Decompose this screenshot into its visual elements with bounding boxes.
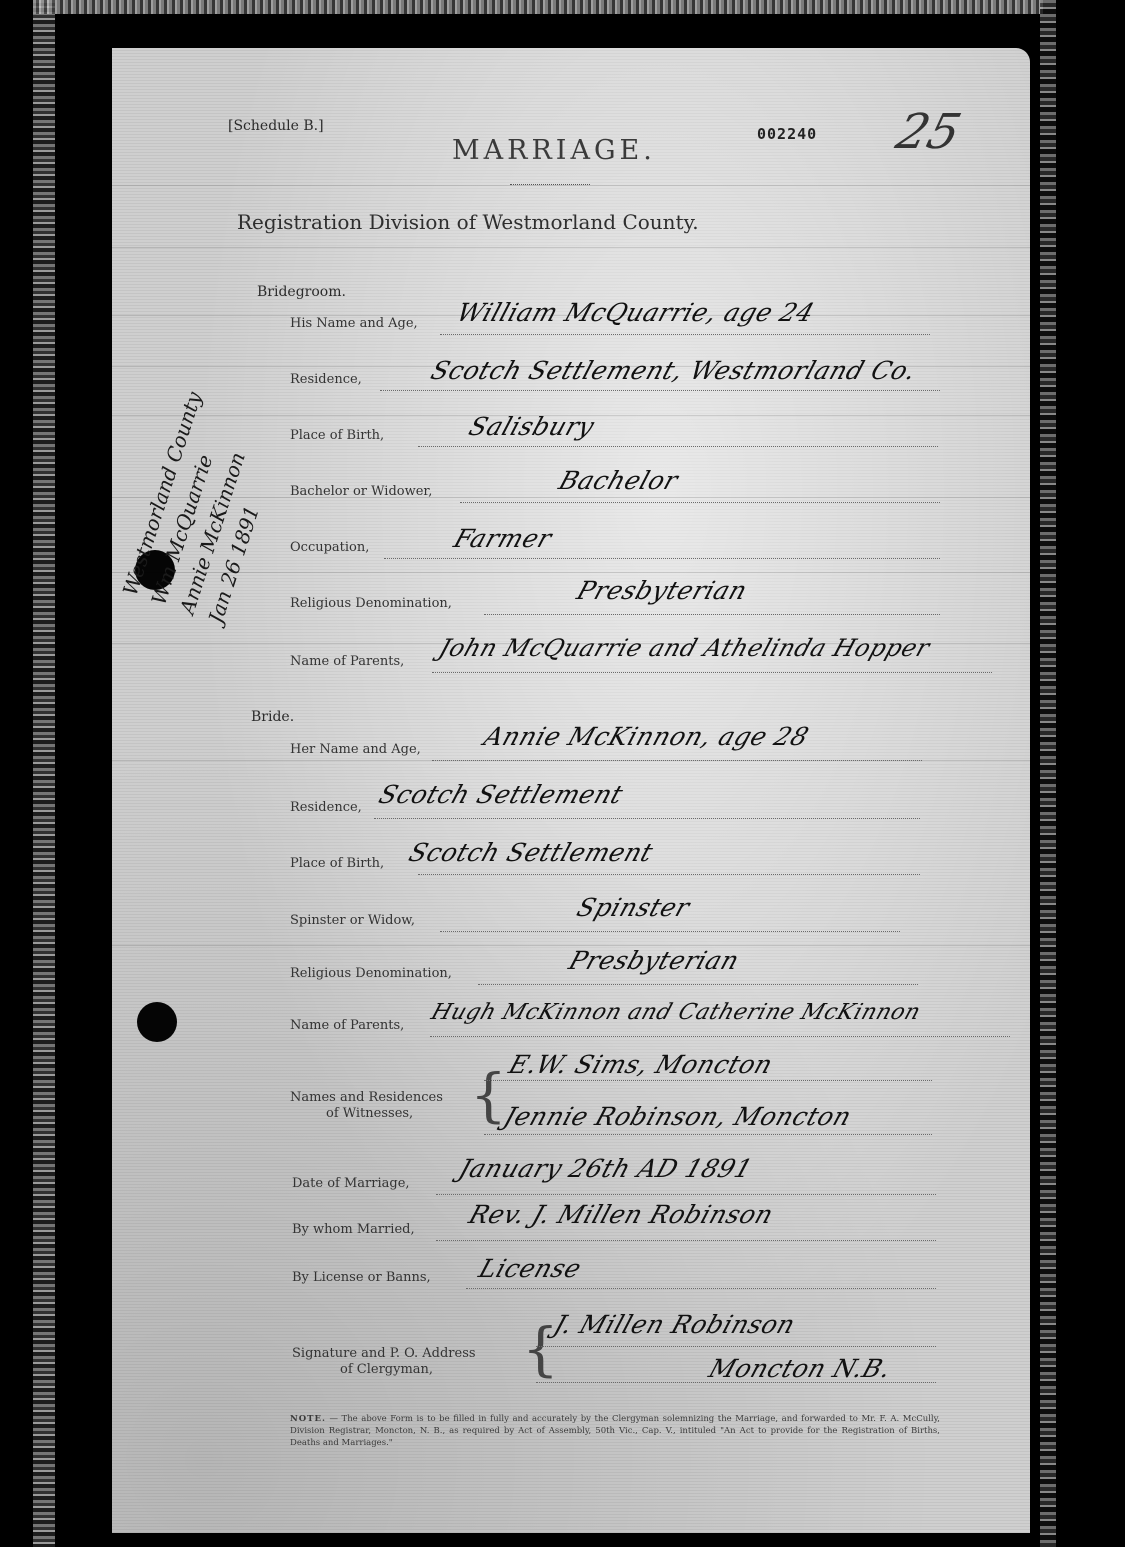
officiant-line — [436, 1240, 936, 1241]
bride-residence-value: Scotch Settlement — [375, 780, 627, 809]
clergyman-address: Moncton N.B. — [705, 1354, 895, 1383]
bride-parents-line — [430, 1036, 1010, 1037]
schedule-label: [Schedule B.] — [228, 118, 324, 134]
bride-religion-value: Presbyterian — [565, 946, 743, 975]
bride-parents-value: Hugh McKinnon and Catherine McKinnon — [428, 1000, 924, 1025]
clergyman-label-line2: of Clergyman, — [340, 1362, 433, 1377]
officiant-label: By whom Married, — [292, 1222, 415, 1237]
witnesses-label-line2: of Witnesses, — [326, 1106, 413, 1121]
form-line — [112, 247, 1030, 248]
officiant-value: Rev. J. Millen Robinson — [465, 1200, 777, 1229]
clergyman-label-line1: Signature and P. O. Address — [292, 1346, 476, 1361]
bride-name-age-line — [432, 760, 922, 761]
bride-religion-label: Religious Denomination, — [290, 966, 452, 981]
document-title: MARRIAGE. — [452, 135, 656, 166]
license-value: License — [475, 1254, 585, 1283]
scan-border-top — [33, 0, 1043, 14]
footnote-text: — The above Form is to be filled in full… — [290, 1414, 940, 1448]
license-line — [466, 1288, 936, 1289]
groom-occupation-value: Farmer — [450, 524, 555, 553]
groom-birthplace-label: Place of Birth, — [290, 428, 384, 443]
scan-border-left — [33, 0, 55, 1547]
groom-marital-status-label: Bachelor or Widower, — [290, 484, 432, 499]
groom-residence-value: Scotch Settlement, Westmorland Co. — [427, 356, 920, 385]
bride-birthplace-label: Place of Birth, — [290, 856, 384, 871]
groom-religion-line — [484, 614, 940, 615]
registration-division: Registration Division of Westmorland Cou… — [237, 210, 699, 234]
scan-border-right — [1040, 0, 1056, 1547]
witness-2-value: Jennie Robinson, Moncton — [500, 1102, 855, 1131]
bride-marital-status-value: Spinster — [573, 893, 693, 922]
marriage-date-value: January 26th AD 1891 — [455, 1154, 756, 1183]
groom-name-age-line — [440, 334, 930, 335]
title-divider — [510, 184, 590, 185]
bride-residence-label: Residence, — [290, 800, 362, 815]
groom-name-age-value: William McQuarrie, age 24 — [453, 298, 818, 327]
groom-parents-value: John McQuarrie and Athelinda Hopper — [435, 634, 933, 662]
groom-parents-label: Name of Parents, — [290, 654, 404, 669]
groom-occupation-label: Occupation, — [290, 540, 369, 555]
witnesses-brace: { — [470, 1066, 507, 1124]
groom-religion-label: Religious Denomination, — [290, 596, 452, 611]
witness-1-value: E.W. Sims, Moncton — [505, 1050, 776, 1079]
form-footnote: NOTE. — The above Form is to be filled i… — [290, 1413, 940, 1449]
bride-birthplace-value: Scotch Settlement — [405, 838, 657, 867]
groom-marital-status-value: Bachelor — [555, 466, 682, 495]
witness-2-line — [484, 1134, 932, 1135]
bride-marital-status-line — [440, 931, 900, 932]
form-line — [112, 185, 1030, 186]
bride-section-label: Bride. — [251, 709, 294, 725]
bride-birthplace-line — [418, 874, 920, 875]
witnesses-label-line1: Names and Residences — [290, 1090, 443, 1105]
groom-occupation-line — [384, 558, 940, 559]
witness-1-line — [484, 1080, 932, 1081]
groom-birthplace-line — [418, 446, 938, 447]
punch-hole-bottom — [137, 1002, 177, 1042]
footnote-heading: NOTE. — [290, 1414, 326, 1424]
bride-residence-line — [374, 818, 920, 819]
groom-religion-value: Presbyterian — [573, 576, 751, 605]
marriage-date-label: Date of Marriage, — [292, 1176, 410, 1191]
clergyman-signature-line — [536, 1346, 936, 1347]
form-line — [112, 945, 1030, 946]
bride-name-age-value: Annie McKinnon, age 28 — [480, 722, 812, 751]
serial-number: 002240 — [757, 125, 817, 143]
groom-parents-line — [432, 672, 992, 673]
groom-birthplace-value: Salisbury — [465, 412, 598, 441]
groom-marital-status-line — [460, 502, 940, 503]
bride-religion-line — [478, 984, 918, 985]
bride-marital-status-label: Spinster or Widow, — [290, 913, 415, 928]
bride-parents-label: Name of Parents, — [290, 1018, 404, 1033]
groom-residence-line — [380, 390, 940, 391]
marriage-date-line — [436, 1194, 936, 1195]
license-label: By License or Banns, — [292, 1270, 431, 1285]
bride-name-age-label: Her Name and Age, — [290, 742, 421, 757]
clergyman-signature: J. Millen Robinson — [550, 1310, 799, 1339]
form-line — [112, 572, 1030, 573]
